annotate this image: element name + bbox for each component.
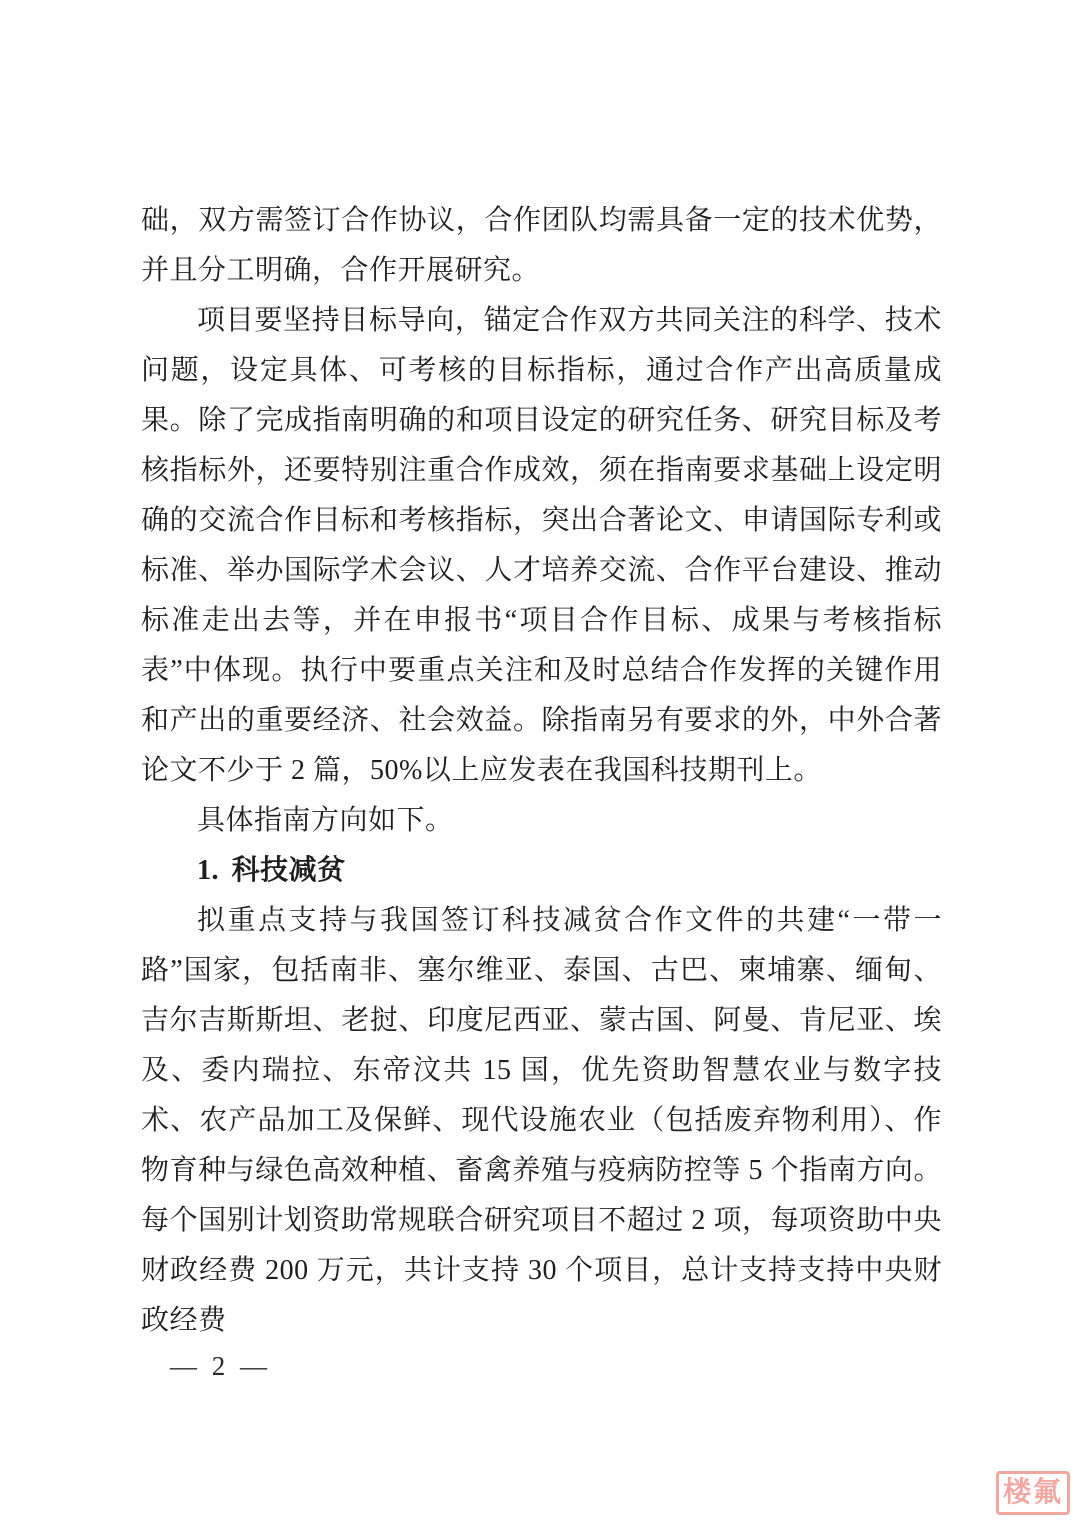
section-heading-title: 科技减贫 <box>232 855 346 886</box>
section-heading-number: 1. <box>197 855 219 886</box>
page-footer: — 2 — <box>170 1346 271 1386</box>
seal-characters: 楼氟 <box>1003 1479 1063 1507</box>
paragraph-project-goals: 项目要坚持目标导向，锚定合作双方共同关注的科学、技术问题，设定具体、可考核的目标… <box>141 296 942 796</box>
paragraph-continuation: 础，双方需签订合作协议，合作团队均需具备一定的技术优势，并且分工明确，合作开展研… <box>141 196 942 296</box>
paragraph-direction-1: 拟重点支持与我国签订科技减贫合作文件的共建“一带一路”国家，包括南非、塞尔维亚、… <box>141 896 942 1346</box>
section-heading-1: 1.科技减贫 <box>141 846 942 896</box>
document-body: 础，双方需签订合作协议，合作团队均需具备一定的技术优势，并且分工明确，合作开展研… <box>141 196 942 1346</box>
paragraph-guide-intro: 具体指南方向如下。 <box>141 796 942 846</box>
watermark-seal: 楼氟 <box>996 1471 1070 1515</box>
document-page: 础，双方需签订合作协议，合作团队均需具备一定的技术优势，并且分工明确，合作开展研… <box>0 0 1080 1527</box>
page-number: — 2 — <box>170 1351 271 1381</box>
